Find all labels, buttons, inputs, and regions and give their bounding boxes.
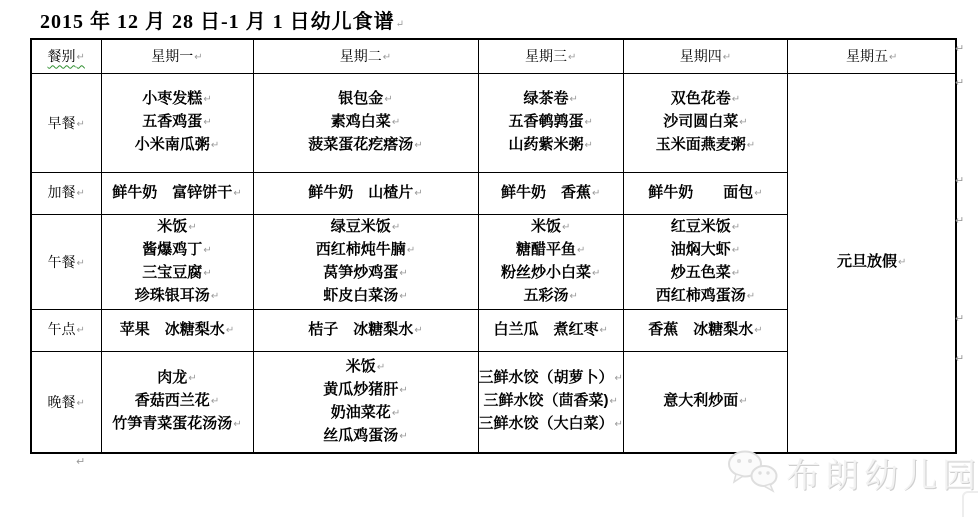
afternoon-thursday: 香蕉 冰糖梨水↵	[623, 309, 787, 351]
line-break-mark: ↵	[77, 258, 85, 269]
paragraph-mark: ↵	[76, 455, 85, 468]
line-break-mark: ↵	[414, 188, 422, 199]
line-break-mark: ↵	[898, 257, 906, 268]
line-break-mark: ↵	[414, 140, 422, 151]
breakfast-wednesday: 绿茶卷↵ 五香鹌鹑蛋↵ 山药紫米粥↵	[478, 73, 623, 172]
line-break-mark: ↵	[392, 117, 400, 128]
line-break-mark: ↵	[77, 398, 85, 409]
menu-line: 炒五色菜↵	[624, 262, 787, 285]
line-break-mark: ↵	[399, 431, 407, 442]
menu-line: 米饭↵	[254, 356, 478, 379]
line-break-mark: ↵	[188, 222, 196, 233]
menu-line: 珍珠银耳汤↵	[102, 285, 253, 308]
line-break-mark: ↵	[77, 52, 85, 63]
header-monday: 星期一↵	[101, 39, 253, 73]
menu-line: 香菇西兰花↵	[102, 390, 253, 413]
line-break-mark: ↵	[226, 325, 234, 336]
line-break-mark: ↵	[615, 373, 623, 384]
line-break-mark: ↵	[233, 188, 241, 199]
header-tuesday: 星期二↵	[253, 39, 478, 73]
line-break-mark: ↵	[211, 291, 219, 302]
snack-wednesday: 鲜牛奶 香蕉↵	[478, 172, 623, 214]
menu-line: 酱爆鸡丁↵	[102, 239, 253, 262]
menu-line: 粉丝炒小白菜↵	[479, 262, 623, 285]
menu-line: 三鲜水饺（胡萝卜）↵	[479, 367, 623, 390]
menu-line: 丝瓜鸡蛋汤↵	[254, 425, 478, 448]
menu-line: 油焖大虾↵	[624, 239, 787, 262]
menu-line: 鲜牛奶 面包↵	[624, 184, 787, 203]
label-breakfast: 早餐↵	[31, 73, 101, 172]
corner-header: 餐别↵	[31, 39, 101, 73]
line-break-mark: ↵	[203, 94, 211, 105]
wechat-icon	[724, 449, 780, 495]
menu-line: 虾皮白菜汤↵	[254, 285, 478, 308]
menu-line: 绿豆米饭↵	[254, 216, 478, 239]
afternoon-wednesday: 白兰瓜 煮红枣↵	[478, 309, 623, 351]
menu-line: 素鸡白菜↵	[254, 111, 478, 134]
menu-line: 玉米面燕麦粥↵	[624, 134, 787, 157]
line-break-mark: ↵	[732, 268, 740, 279]
line-break-mark: ↵	[77, 325, 85, 336]
breakfast-tuesday: 银包金↵ 素鸡白菜↵ 菠菜蛋花疙瘩汤↵	[253, 73, 478, 172]
menu-line: 苹果 冰糖梨水↵	[102, 321, 253, 340]
holiday-note: 元旦放假↵	[788, 251, 956, 274]
menu-line: 米饭↵	[479, 216, 623, 239]
menu-line: 五香鹌鹑蛋↵	[479, 111, 623, 134]
line-break-mark: ↵	[747, 291, 755, 302]
line-break-mark: ↵	[77, 188, 85, 199]
menu-line: 红豆米饭↵	[624, 216, 787, 239]
menu-line: 意大利炒面↵	[624, 390, 787, 413]
line-break-mark: ↵	[723, 52, 731, 63]
line-break-mark: ↵	[585, 117, 593, 128]
snack-tuesday: 鲜牛奶 山楂片↵	[253, 172, 478, 214]
line-break-mark: ↵	[396, 19, 405, 30]
header-wednesday: 星期三↵	[478, 39, 623, 73]
line-break-mark: ↵	[889, 52, 897, 63]
line-break-mark: ↵	[754, 325, 762, 336]
menu-line: 三鲜水饺（茴香菜)↵	[479, 390, 623, 413]
dinner-wednesday: 三鲜水饺（胡萝卜）↵ 三鲜水饺（茴香菜)↵ 三鲜水饺（大白菜）↵	[478, 351, 623, 453]
line-break-mark: ↵	[77, 119, 85, 130]
line-break-mark: ↵	[739, 396, 747, 407]
line-break-mark: ↵	[194, 52, 202, 63]
header-row: 餐别↵ 星期一↵ 星期二↵ 星期三↵ 星期四↵ 星期五↵	[31, 39, 956, 73]
row-breakfast: 早餐↵ 小枣发糕↵ 五香鸡蛋↵ 小米南瓜粥↵ 银包金↵ 素鸡白菜↵ 菠菜蛋花疙瘩…	[31, 73, 956, 172]
menu-line: 菠菜蛋花疙瘩汤↵	[254, 134, 478, 157]
weekly-menu-table: 餐别↵ 星期一↵ 星期二↵ 星期三↵ 星期四↵ 星期五↵ 早餐↵ 小枣发糕↵ 五…	[30, 38, 957, 454]
label-afternoon-snack: 午点↵	[31, 309, 101, 351]
line-break-mark: ↵	[568, 52, 576, 63]
menu-line: 绿茶卷↵	[479, 88, 623, 111]
snack-monday: 鲜牛奶 富锌饼干↵	[101, 172, 253, 214]
breakfast-monday: 小枣发糕↵ 五香鸡蛋↵ 小米南瓜粥↵	[101, 73, 253, 172]
dinner-tuesday: 米饭↵ 黄瓜炒猪肝↵ 奶油菜花↵ 丝瓜鸡蛋汤↵	[253, 351, 478, 453]
line-break-mark: ↵	[377, 362, 385, 373]
line-break-mark: ↵	[203, 245, 211, 256]
line-break-mark: ↵	[570, 291, 578, 302]
menu-line: 银包金↵	[254, 88, 478, 111]
menu-line: 黄瓜炒猪肝↵	[254, 379, 478, 402]
lunch-wednesday: 米饭↵ 糖醋平鱼↵ 粉丝炒小白菜↵ 五彩汤↵	[478, 214, 623, 309]
line-break-mark: ↵	[570, 94, 578, 105]
breakfast-thursday: 双色花卷↵ 沙司圆白菜↵ 玉米面燕麦粥↵	[623, 73, 787, 172]
line-break-mark: ↵	[585, 140, 593, 151]
row-end-mark: ↵	[955, 174, 964, 187]
row-end-mark: ↵	[955, 42, 964, 55]
menu-line: 桔子 冰糖梨水↵	[254, 321, 478, 340]
snack-thursday: 鲜牛奶 面包↵	[623, 172, 787, 214]
line-break-mark: ↵	[732, 94, 740, 105]
line-break-mark: ↵	[747, 140, 755, 151]
menu-line: 小米南瓜粥↵	[102, 134, 253, 157]
dinner-thursday: 意大利炒面↵	[623, 351, 787, 453]
menu-line: 莴笋炒鸡蛋↵	[254, 262, 478, 285]
line-break-mark: ↵	[407, 245, 415, 256]
menu-line: 西红柿鸡蛋汤↵	[624, 285, 787, 308]
lunch-thursday: 红豆米饭↵ 油焖大虾↵ 炒五色菜↵ 西红柿鸡蛋汤↵	[623, 214, 787, 309]
line-break-mark: ↵	[384, 94, 392, 105]
line-break-mark: ↵	[739, 117, 747, 128]
menu-line: 双色花卷↵	[624, 88, 787, 111]
menu-line: 奶油菜花↵	[254, 402, 478, 425]
watermark-label: 布朗幼儿园	[786, 448, 978, 497]
line-break-mark: ↵	[399, 291, 407, 302]
lunch-monday: 米饭↵ 酱爆鸡丁↵ 三宝豆腐↵ 珍珠银耳汤↵	[101, 214, 253, 309]
menu-line: 糖醋平鱼↵	[479, 239, 623, 262]
menu-line: 五香鸡蛋↵	[102, 111, 253, 134]
line-break-mark: ↵	[562, 222, 570, 233]
row-end-mark: ↵	[955, 214, 964, 227]
line-break-mark: ↵	[203, 117, 211, 128]
line-break-mark: ↵	[615, 419, 623, 430]
row-end-mark: ↵	[955, 76, 964, 89]
menu-line: 五彩汤↵	[479, 285, 623, 308]
header-thursday: 星期四↵	[623, 39, 787, 73]
line-break-mark: ↵	[399, 268, 407, 279]
line-break-mark: ↵	[610, 396, 618, 407]
line-break-mark: ↵	[592, 268, 600, 279]
menu-line: 鲜牛奶 香蕉↵	[479, 184, 623, 203]
line-break-mark: ↵	[732, 245, 740, 256]
line-break-mark: ↵	[414, 325, 422, 336]
label-morning-snack: 加餐↵	[31, 172, 101, 214]
menu-line: 三鲜水饺（大白菜）↵	[479, 413, 623, 436]
menu-line: 小枣发糕↵	[102, 88, 253, 111]
friday-holiday-cell: 元旦放假↵	[787, 73, 956, 453]
header-friday: 星期五↵	[787, 39, 956, 73]
line-break-mark: ↵	[211, 396, 219, 407]
line-break-mark: ↵	[732, 222, 740, 233]
line-break-mark: ↵	[592, 188, 600, 199]
label-lunch: 午餐↵	[31, 214, 101, 309]
line-break-mark: ↵	[392, 408, 400, 419]
row-end-mark: ↵	[955, 312, 964, 325]
menu-line: 三宝豆腐↵	[102, 262, 253, 285]
meal-type-header-label: 餐别↵	[48, 48, 85, 64]
line-break-mark: ↵	[399, 385, 407, 396]
watermark: 布朗幼儿园	[724, 447, 978, 497]
menu-line: 鲜牛奶 富锌饼干↵	[102, 184, 253, 203]
lunch-tuesday: 绿豆米饭↵ 西红柿炖牛腩↵ 莴笋炒鸡蛋↵ 虾皮白菜汤↵	[253, 214, 478, 309]
afternoon-tuesday: 桔子 冰糖梨水↵	[253, 309, 478, 351]
menu-line: 西红柿炖牛腩↵	[254, 239, 478, 262]
menu-line: 肉龙↵	[102, 367, 253, 390]
menu-line: 香蕉 冰糖梨水↵	[624, 321, 787, 340]
line-break-mark: ↵	[600, 325, 608, 336]
afternoon-monday: 苹果 冰糖梨水↵	[101, 309, 253, 351]
line-break-mark: ↵	[392, 222, 400, 233]
menu-line: 山药紫米粥↵	[479, 134, 623, 157]
row-end-mark: ↵	[955, 352, 964, 365]
line-break-mark: ↵	[233, 419, 241, 430]
label-dinner: 晚餐↵	[31, 351, 101, 453]
line-break-mark: ↵	[188, 373, 196, 384]
menu-line: 白兰瓜 煮红枣↵	[479, 321, 623, 340]
line-break-mark: ↵	[211, 140, 219, 151]
menu-line: 鲜牛奶 山楂片↵	[254, 184, 478, 203]
menu-line: 竹笋青菜蛋花汤汤↵	[102, 413, 253, 436]
dinner-monday: 肉龙↵ 香菇西兰花↵ 竹笋青菜蛋花汤汤↵	[101, 351, 253, 453]
menu-line: 米饭↵	[102, 216, 253, 239]
line-break-mark: ↵	[383, 52, 391, 63]
page-title: 2015 年 12 月 28 日-1 月 1 日幼儿食谱↵	[40, 5, 405, 34]
corner-watermark-shape	[962, 491, 978, 517]
menu-line: 沙司圆白菜↵	[624, 111, 787, 134]
line-break-mark: ↵	[577, 245, 585, 256]
line-break-mark: ↵	[754, 188, 762, 199]
line-break-mark: ↵	[203, 268, 211, 279]
